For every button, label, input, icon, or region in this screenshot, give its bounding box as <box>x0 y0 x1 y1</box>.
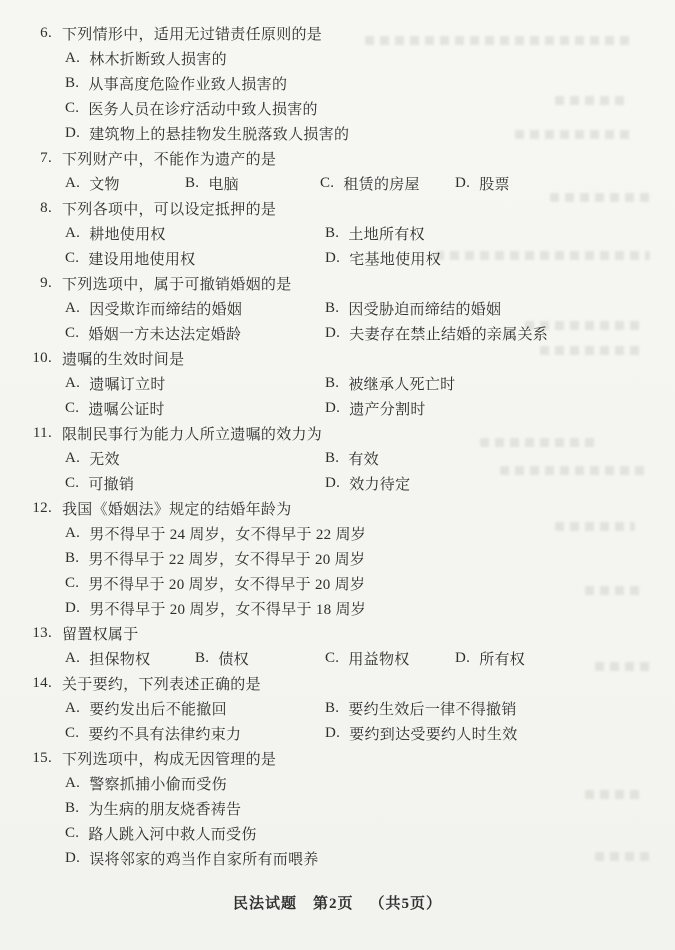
question-number: 10. <box>0 350 52 367</box>
option-letter: A. <box>65 300 80 317</box>
option-c: C.建设用地使用权 <box>65 248 325 269</box>
question-text: 下列财产中，不能作为遗产的是 <box>62 148 276 169</box>
option-letter: B. <box>325 225 339 242</box>
option-letter: D. <box>455 175 470 192</box>
option-text: 要约发出后不能撤回 <box>89 698 227 719</box>
option-letter: A. <box>65 700 80 717</box>
questions-list: 6. 下列情形中，适用无过错责任原则的是 A.林木折断致人损害的 B.从事高度危… <box>0 21 675 871</box>
option-letter: B. <box>65 550 79 567</box>
option-d: D.股票 <box>455 173 510 194</box>
option-row: C.医务人员在诊疗活动中致人损害的 <box>0 96 675 121</box>
option-a: A.因受欺诈而缔结的婚姻 <box>65 298 325 319</box>
option-d: D.建筑物上的悬挂物发生脱落致人损害的 <box>65 123 349 144</box>
option-b: B.男不得早于 22 周岁，女不得早于 20 周岁 <box>65 548 365 569</box>
option-text: 为生病的朋友烧香祷告 <box>88 798 241 819</box>
page-number: 第2页 <box>313 892 354 913</box>
question-11: 11. 限制民事行为能力人所立遗嘱的效力为 A.无效 B.有效 C.可撤销 D.… <box>0 421 675 496</box>
exam-title: 民法试题 <box>233 892 297 913</box>
option-letter: D. <box>65 850 80 867</box>
option-text: 林木折断致人损害的 <box>89 48 227 69</box>
option-letter: C. <box>65 325 79 342</box>
question-9: 9. 下列选项中，属于可撤销婚姻的是 A.因受欺诈而缔结的婚姻 B.因受胁迫而缔… <box>0 271 675 346</box>
option-letter: D. <box>65 125 80 142</box>
option-text: 夫妻存在禁止结婚的亲属关系 <box>349 323 548 344</box>
option-text: 建设用地使用权 <box>88 248 195 269</box>
option-text: 婚姻一方未达法定婚龄 <box>88 323 241 344</box>
option-text: 宅基地使用权 <box>349 248 441 269</box>
option-row: A.耕地使用权 B.土地所有权 <box>0 221 675 246</box>
option-d: D.夫妻存在禁止结婚的亲属关系 <box>325 323 548 344</box>
question-text: 下列各项中，可以设定抵押的是 <box>62 198 276 219</box>
option-d: D.要约到达受要约人时生效 <box>325 723 518 744</box>
option-row: B.男不得早于 22 周岁，女不得早于 20 周岁 <box>0 546 675 571</box>
option-c: C.租赁的房屋 <box>320 173 455 194</box>
option-letter: D. <box>325 325 340 342</box>
option-a: A.要约发出后不能撤回 <box>65 698 325 719</box>
option-letter: B. <box>325 450 339 467</box>
option-row: A.林木折断致人损害的 <box>0 46 675 71</box>
question-text: 遗嘱的生效时间是 <box>62 348 184 369</box>
option-c: C.用益物权 <box>325 648 455 669</box>
option-letter: A. <box>65 775 80 792</box>
option-text: 男不得早于 20 周岁，女不得早于 20 周岁 <box>88 573 365 594</box>
option-b: B.为生病的朋友烧香祷告 <box>65 798 241 819</box>
question-14: 14. 关于要约，下列表述正确的是 A.要约发出后不能撤回 B.要约生效后一律不… <box>0 671 675 746</box>
option-letter: C. <box>65 400 79 417</box>
option-letter: B. <box>65 75 79 92</box>
question-number: 8. <box>0 200 52 217</box>
question-number: 9. <box>0 275 52 292</box>
question-stem: 14. 关于要约，下列表述正确的是 <box>0 671 675 696</box>
option-letter: A. <box>65 50 80 67</box>
question-12: 12. 我国《婚姻法》规定的结婚年龄为 A.男不得早于 24 周岁，女不得早于 … <box>0 496 675 621</box>
option-letter: C. <box>65 250 79 267</box>
question-stem: 15. 下列选项中，构成无因管理的是 <box>0 746 675 771</box>
option-a: A.耕地使用权 <box>65 223 325 244</box>
option-letter: A. <box>65 225 80 242</box>
option-text: 股票 <box>479 173 510 194</box>
question-text: 留置权属于 <box>62 623 139 644</box>
option-text: 担保物权 <box>89 648 150 669</box>
option-text: 要约到达受要约人时生效 <box>349 723 517 744</box>
option-row: D.建筑物上的悬挂物发生脱落致人损害的 <box>0 121 675 146</box>
option-d: D.遗产分割时 <box>325 398 426 419</box>
option-row: B.为生病的朋友烧香祷告 <box>0 796 675 821</box>
option-a: A.无效 <box>65 448 325 469</box>
question-number: 12. <box>0 500 52 517</box>
question-text: 下列选项中，属于可撤销婚姻的是 <box>62 273 292 294</box>
option-b: B.因受胁迫而缔结的婚姻 <box>325 298 501 319</box>
option-text: 路人跳入河中救人而受伤 <box>88 823 256 844</box>
option-letter: A. <box>65 525 80 542</box>
question-8: 8. 下列各项中，可以设定抵押的是 A.耕地使用权 B.土地所有权 C.建设用地… <box>0 196 675 271</box>
option-row: A.要约发出后不能撤回 B.要约生效后一律不得撤销 <box>0 696 675 721</box>
question-number: 15. <box>0 750 52 767</box>
option-c: C.遗嘱公证时 <box>65 398 325 419</box>
option-d: D.所有权 <box>455 648 525 669</box>
question-text: 关于要约，下列表述正确的是 <box>62 673 261 694</box>
option-a: A.男不得早于 24 周岁，女不得早于 22 周岁 <box>65 523 366 544</box>
option-text: 租赁的房屋 <box>343 173 420 194</box>
option-letter: B. <box>325 700 339 717</box>
option-text: 男不得早于 20 周岁，女不得早于 18 周岁 <box>89 598 366 619</box>
option-letter: C. <box>65 825 79 842</box>
option-letter: B. <box>195 650 209 667</box>
question-text: 限制民事行为能力人所立遗嘱的效力为 <box>62 423 322 444</box>
option-text: 无效 <box>89 448 120 469</box>
question-number: 6. <box>0 25 52 42</box>
option-b: B.电脑 <box>185 173 320 194</box>
option-text: 有效 <box>348 448 379 469</box>
option-d: D.误将邻家的鸡当作自家所有而喂养 <box>65 848 319 869</box>
option-letter: C. <box>325 650 339 667</box>
question-15: 15. 下列选项中，构成无因管理的是 A.警察抓捕小偷而受伤 B.为生病的朋友烧… <box>0 746 675 871</box>
option-letter: D. <box>325 250 340 267</box>
question-10: 10. 遗嘱的生效时间是 A.遗嘱订立时 B.被继承人死亡时 C.遗嘱公证时 D… <box>0 346 675 421</box>
option-b: B.从事高度危险作业致人损害的 <box>65 73 287 94</box>
question-7: 7. 下列财产中，不能作为遗产的是 A.文物 B.电脑 C.租赁的房屋 D.股票 <box>0 146 675 196</box>
question-stem: 11. 限制民事行为能力人所立遗嘱的效力为 <box>0 421 675 446</box>
option-letter: C. <box>320 175 334 192</box>
option-letter: B. <box>325 375 339 392</box>
option-text: 因受胁迫而缔结的婚姻 <box>348 298 501 319</box>
option-d: D.宅基地使用权 <box>325 248 441 269</box>
option-text: 电脑 <box>208 173 239 194</box>
option-text: 警察抓捕小偷而受伤 <box>89 773 227 794</box>
option-b: B.土地所有权 <box>325 223 425 244</box>
question-stem: 8. 下列各项中，可以设定抵押的是 <box>0 196 675 221</box>
option-row: A.警察抓捕小偷而受伤 <box>0 771 675 796</box>
question-text: 下列情形中，适用无过错责任原则的是 <box>62 23 322 44</box>
option-letter: A. <box>65 650 80 667</box>
option-c: C.男不得早于 20 周岁，女不得早于 20 周岁 <box>65 573 365 594</box>
question-6: 6. 下列情形中，适用无过错责任原则的是 A.林木折断致人损害的 B.从事高度危… <box>0 21 675 146</box>
option-a: A.担保物权 <box>65 648 195 669</box>
option-letter: D. <box>65 600 80 617</box>
total-pages: （共5页） <box>370 892 443 913</box>
question-number: 13. <box>0 625 52 642</box>
option-b: B.被继承人死亡时 <box>325 373 455 394</box>
option-text: 遗嘱公证时 <box>88 398 165 419</box>
question-stem: 6. 下列情形中，适用无过错责任原则的是 <box>0 21 675 46</box>
option-a: A.警察抓捕小偷而受伤 <box>65 773 227 794</box>
option-letter: A. <box>65 450 80 467</box>
question-stem: 9. 下列选项中，属于可撤销婚姻的是 <box>0 271 675 296</box>
option-row: C.建设用地使用权 D.宅基地使用权 <box>0 246 675 271</box>
option-row: C.路人跳入河中救人而受伤 <box>0 821 675 846</box>
option-text: 男不得早于 24 周岁，女不得早于 22 周岁 <box>89 523 366 544</box>
option-text: 因受欺诈而缔结的婚姻 <box>89 298 242 319</box>
option-c: C.可撤销 <box>65 473 325 494</box>
option-a: A.遗嘱订立时 <box>65 373 325 394</box>
question-number: 7. <box>0 150 52 167</box>
option-letter: D. <box>325 725 340 742</box>
option-text: 用益物权 <box>348 648 409 669</box>
option-text: 债权 <box>218 648 249 669</box>
option-text: 土地所有权 <box>348 223 425 244</box>
exam-paper-page: 6. 下列情形中，适用无过错责任原则的是 A.林木折断致人损害的 B.从事高度危… <box>0 0 675 950</box>
option-row: C.婚姻一方未达法定婚龄 D.夫妻存在禁止结婚的亲属关系 <box>0 321 675 346</box>
option-letter: C. <box>65 575 79 592</box>
question-stem: 13. 留置权属于 <box>0 621 675 646</box>
option-text: 遗嘱订立时 <box>89 373 166 394</box>
question-stem: 12. 我国《婚姻法》规定的结婚年龄为 <box>0 496 675 521</box>
option-d: D.效力待定 <box>325 473 410 494</box>
option-text: 要约不具有法律约束力 <box>88 723 241 744</box>
option-text: 要约生效后一律不得撤销 <box>348 698 516 719</box>
option-row: A.担保物权 B.债权 C.用益物权 D.所有权 <box>0 646 675 671</box>
option-text: 遗产分割时 <box>349 398 426 419</box>
option-text: 误将邻家的鸡当作自家所有而喂养 <box>89 848 319 869</box>
question-number: 11. <box>0 425 52 442</box>
option-text: 可撤销 <box>88 473 134 494</box>
option-row: D.男不得早于 20 周岁，女不得早于 18 周岁 <box>0 596 675 621</box>
question-text: 下列选项中，构成无因管理的是 <box>62 748 276 769</box>
option-letter: D. <box>455 650 470 667</box>
question-text: 我国《婚姻法》规定的结婚年龄为 <box>62 498 292 519</box>
option-d: D.男不得早于 20 周岁，女不得早于 18 周岁 <box>65 598 366 619</box>
option-row: B.从事高度危险作业致人损害的 <box>0 71 675 96</box>
option-text: 耕地使用权 <box>89 223 166 244</box>
option-c: C.要约不具有法律约束力 <box>65 723 325 744</box>
question-stem: 7. 下列财产中，不能作为遗产的是 <box>0 146 675 171</box>
option-row: C.遗嘱公证时 D.遗产分割时 <box>0 396 675 421</box>
option-letter: C. <box>65 725 79 742</box>
option-letter: C. <box>65 475 79 492</box>
option-letter: B. <box>185 175 199 192</box>
option-letter: B. <box>325 300 339 317</box>
option-b: B.债权 <box>195 648 325 669</box>
option-row: A.男不得早于 24 周岁，女不得早于 22 周岁 <box>0 521 675 546</box>
option-text: 男不得早于 22 周岁，女不得早于 20 周岁 <box>88 548 365 569</box>
option-letter: B. <box>65 800 79 817</box>
option-row: D.误将邻家的鸡当作自家所有而喂养 <box>0 846 675 871</box>
option-b: B.有效 <box>325 448 379 469</box>
option-c: C.婚姻一方未达法定婚龄 <box>65 323 325 344</box>
option-b: B.要约生效后一律不得撤销 <box>325 698 517 719</box>
option-text: 医务人员在诊疗活动中致人损害的 <box>88 98 318 119</box>
option-row: C.要约不具有法律约束力 D.要约到达受要约人时生效 <box>0 721 675 746</box>
option-row: A.无效 B.有效 <box>0 446 675 471</box>
option-c: C.医务人员在诊疗活动中致人损害的 <box>65 98 318 119</box>
option-row: C.男不得早于 20 周岁，女不得早于 20 周岁 <box>0 571 675 596</box>
option-row: A.因受欺诈而缔结的婚姻 B.因受胁迫而缔结的婚姻 <box>0 296 675 321</box>
option-text: 所有权 <box>479 648 525 669</box>
option-text: 建筑物上的悬挂物发生脱落致人损害的 <box>89 123 349 144</box>
option-row: C.可撤销 D.效力待定 <box>0 471 675 496</box>
option-letter: D. <box>325 400 340 417</box>
option-text: 从事高度危险作业致人损害的 <box>88 73 287 94</box>
question-13: 13. 留置权属于 A.担保物权 B.债权 C.用益物权 D.所有权 <box>0 621 675 671</box>
option-a: A.文物 <box>65 173 185 194</box>
option-letter: C. <box>65 100 79 117</box>
page-footer: 民法试题 第2页 （共5页） <box>0 892 675 913</box>
option-letter: A. <box>65 375 80 392</box>
question-number: 14. <box>0 675 52 692</box>
option-text: 文物 <box>89 173 120 194</box>
option-letter: A. <box>65 175 80 192</box>
option-a: A.林木折断致人损害的 <box>65 48 227 69</box>
question-stem: 10. 遗嘱的生效时间是 <box>0 346 675 371</box>
option-row: A.遗嘱订立时 B.被继承人死亡时 <box>0 371 675 396</box>
option-text: 被继承人死亡时 <box>348 373 455 394</box>
option-text: 效力待定 <box>349 473 410 494</box>
option-letter: D. <box>325 475 340 492</box>
option-c: C.路人跳入河中救人而受伤 <box>65 823 257 844</box>
option-row: A.文物 B.电脑 C.租赁的房屋 D.股票 <box>0 171 675 196</box>
